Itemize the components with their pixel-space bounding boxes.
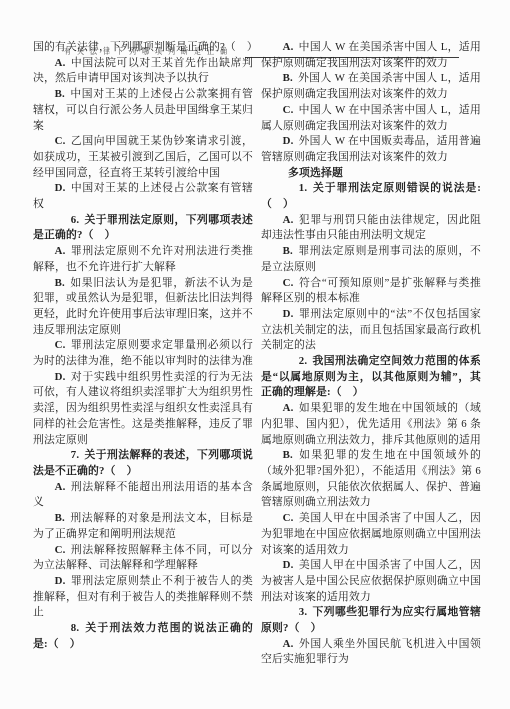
- question-text: 关于刑法解释的表述，下列哪项说法是不正确的?（ ）: [33, 449, 253, 477]
- question-text: 关于罪刑法定原则错误的说法是:（ ）: [261, 182, 481, 210]
- option-text: 中国法院可以对王某首先作出缺席判决，然后申请甲国对该判决予以执行: [33, 57, 253, 85]
- option-text: 中国人 W 在中国杀害中国人 L，适用属人原则确定我国刑法对该案件的效力: [261, 104, 481, 132]
- option-label: D.: [55, 182, 66, 194]
- option-text: 外国人 W 在美国杀害中国人 L，适用保护原则确定我国刑法对该案件的效力: [261, 72, 481, 100]
- option-text: 罪刑法定原则要求定罪量刑必须以行为时的法律为准，绝不能以审判时的法律为准: [33, 339, 253, 367]
- option-label: A.: [55, 245, 66, 257]
- right-column: A.中国人 W 在美国杀害中国人 L，适用保护原则确定我国刑法对该案件的效力 B…: [261, 40, 481, 668]
- option-text: 中国人 W 在美国杀害中国人 L，适用保护原则确定我国刑法对该案件的效力: [261, 41, 481, 69]
- option-text: 刑法解释不能超出刑法用语的基本含义: [33, 481, 253, 509]
- option: B.如果旧法认为是犯罪，新法不认为是犯罪，或虽然认为是犯罪，但新法比旧法判得更轻…: [33, 276, 253, 339]
- question-stem: 7.关于刑法解释的表述，下列哪项说法是不正确的?（ ）: [33, 448, 253, 479]
- option-text: 对于实践中组织男性卖淫的行为无法可依，有人建议将组织卖淫罪扩大为组织男性卖淫，因…: [33, 371, 253, 446]
- option: B.罪刑法定原则是刑事司法的原则，不是立法原则: [261, 244, 481, 275]
- section-heading-multiple-choice: 多项选择题: [261, 166, 481, 182]
- option-text: 如果犯罪的发生地在中国领域外的（域外犯罪?国外犯），不能适用《刑法》第 6 条属…: [261, 449, 481, 508]
- option-label: C.: [283, 104, 294, 116]
- option: A.如果犯罪的发生地在中国领域的（域内犯罪、国内犯），优先适用《刑法》第 6 条…: [261, 401, 481, 448]
- option-label: B.: [283, 72, 293, 84]
- question-stem: 1.关于罪刑法定原则错误的说法是:（ ）: [261, 181, 481, 212]
- option-text: 符合“可预知原则”是扩张解释与类推解释区别的根本标准: [261, 277, 481, 305]
- option-label: C.: [55, 339, 66, 351]
- option-label: B.: [55, 277, 65, 289]
- question-stem: 2.我国刑法确定空间效力范围的体系是“以属地原则为主，以其他原则为辅”，其正确的…: [261, 354, 481, 401]
- option-text: 中国对王某的上述侵占公款案拥有管辖权，可以自行派公务人员赴甲国缉拿王某归案: [33, 88, 253, 131]
- question-stem: 6.关于罪刑法定原则，下列哪项表述是正确的?（ ）: [33, 213, 253, 244]
- option-label: C.: [55, 544, 66, 556]
- option-text: 罪刑法定原则中的“法”不仅包括国家立法机关制定的法，而且包括国家最高行政机关制定…: [261, 308, 481, 351]
- option-label: A.: [283, 214, 294, 226]
- option: A.犯罪与刑罚只能由法律规定，因此阻却违法性事由只能由刑法明文规定: [261, 213, 481, 244]
- option: A.刑法解释不能超出刑法用语的基本含义: [33, 480, 253, 511]
- option-text: 犯罪与刑罚只能由法律规定，因此阻却违法性事由只能由刑法明文规定: [261, 214, 481, 242]
- option-label: A.: [55, 481, 66, 493]
- question-text: 我国刑法确定空间效力范围的体系是“以属地原则为主，以其他原则为辅”，其正确的理解…: [261, 355, 481, 398]
- question-stem: 8.关于刑法效力范围的说法正确的是:（ ）: [33, 621, 253, 652]
- option: C.乙国向甲国就王某伪钞案请求引渡，如获成功，王某被引渡到乙国后，乙国可以不经甲…: [33, 134, 253, 181]
- option: C.中国人 W 在中国杀害中国人 L，适用属人原则确定我国刑法对该案件的效力: [261, 103, 481, 134]
- option-text: 中国对王某的上述侵占公款案有管辖权: [33, 182, 253, 210]
- option-label: A.: [283, 402, 294, 414]
- option: C.美国人甲在中国杀害了中国人乙，因为犯罪地在中国应依据属地原则确立中国刑法对该…: [261, 511, 481, 558]
- option-label: B.: [283, 449, 293, 461]
- question-stem: 3.下列哪些犯罪行为应实行属地管辖原则?（ ）: [261, 605, 481, 636]
- option-label: C.: [283, 277, 294, 289]
- paragraph-text: 国的有关法律，下列哪项判断是正确的?（ ）: [33, 41, 258, 53]
- document-page: 有关法律下列哪项判断是正确 国的有关法律，下列哪项判断是正确的?（ ） A.中国…: [0, 0, 510, 709]
- option-label: D.: [55, 575, 66, 587]
- option-label: B.: [55, 512, 65, 524]
- continuation-paragraph: 国的有关法律，下列哪项判断是正确的?（ ）: [33, 40, 253, 56]
- question-text: 关于刑法效力范围的说法正确的是:（ ）: [33, 622, 253, 650]
- option: B.如果犯罪的发生地在中国领域外的（域外犯罪?国外犯），不能适用《刑法》第 6 …: [261, 448, 481, 511]
- option-text: 罪刑法定原则是刑事司法的原则，不是立法原则: [261, 245, 481, 273]
- question-text: 关于罪刑法定原则，下列哪项表述是正确的?（ ）: [33, 214, 253, 242]
- option-text: 如果犯罪的发生地在中国领域的（域内犯罪、国内犯），优先适用《刑法》第 6 条属地…: [261, 402, 481, 445]
- option-label: D.: [283, 135, 294, 147]
- option-text: 美国人甲在中国杀害了中国人乙，因为犯罪地在中国应依据属地原则确立中国刑法对该案的…: [261, 512, 481, 555]
- option: D.外国人 W 在中国贩卖毒品，适用普遍管辖原则确定我国刑法对该案件的效力: [261, 134, 481, 165]
- question-text: 下列哪些犯罪行为应实行属地管辖原则?（ ）: [261, 606, 481, 634]
- option: A.中国人 W 在美国杀害中国人 L，适用保护原则确定我国刑法对该案件的效力: [261, 40, 481, 71]
- option-text: 刑法解释按照解释主体不同，可以分为立法解释、司法解释和学理解释: [33, 544, 253, 572]
- option: B.中国对王某的上述侵占公款案拥有管辖权，可以自行派公务人员赴甲国缉拿王某归案: [33, 87, 253, 134]
- option-label: B.: [283, 245, 293, 257]
- left-column: 国的有关法律，下列哪项判断是正确的?（ ） A.中国法院可以对王某首先作出缺席判…: [33, 40, 253, 652]
- option-text: 外国人乘坐外国民航飞机进入中国领空后实施犯罪行为: [261, 638, 481, 666]
- option-label: C.: [283, 512, 294, 524]
- option-label: B.: [55, 88, 65, 100]
- option: B.外国人 W 在美国杀害中国人 L，适用保护原则确定我国刑法对该案件的效力: [261, 71, 481, 102]
- option: D.对于实践中组织男性卖淫的行为无法可依，有人建议将组织卖淫罪扩大为组织男性卖淫…: [33, 370, 253, 449]
- option-text: 外国人 W 在中国贩卖毒品，适用普遍管辖原则确定我国刑法对该案件的效力: [261, 135, 481, 163]
- option-text: 如果旧法认为是犯罪，新法不认为是犯罪，或虽然认为是犯罪，但新法比旧法判得更轻，此…: [33, 277, 253, 336]
- option-text: 美国人甲在中国杀害了中国人乙，因为被害人是中国公民应依据保护原则确立中国刑法对该…: [261, 559, 481, 602]
- question-number: 7.: [71, 449, 80, 461]
- option-text: 罪刑法定原则禁止不利于被告人的类推解释，但对有利于被告人的类推解释则不禁止: [33, 575, 253, 618]
- option: D.美国人甲在中国杀害了中国人乙，因为被害人是中国公民应依据保护原则确立中国刑法…: [261, 558, 481, 605]
- option: C.刑法解释按照解释主体不同，可以分为立法解释、司法解释和学理解释: [33, 543, 253, 574]
- option: B.刑法解释的对象是刑法文本，目标是为了正确界定和阐明刑法规范: [33, 511, 253, 542]
- option-label: A.: [55, 57, 66, 69]
- option-label: A.: [283, 41, 294, 53]
- option: C.罪刑法定原则要求定罪量刑必须以行为时的法律为准，绝不能以审判时的法律为准: [33, 338, 253, 369]
- question-number: 3.: [299, 606, 308, 618]
- option: D.罪刑法定原则禁止不利于被告人的类推解释，但对有利于被告人的类推解释则不禁止: [33, 574, 253, 621]
- option-label: D.: [55, 371, 66, 383]
- question-number: 2.: [299, 355, 308, 367]
- option-text: 刑法解释的对象是刑法文本，目标是为了正确界定和阐明刑法规范: [33, 512, 253, 540]
- question-number: 6.: [71, 214, 80, 226]
- option-label: D.: [283, 308, 294, 320]
- question-number: 1.: [299, 182, 308, 194]
- option: D.中国对王某的上述侵占公款案有管辖权: [33, 181, 253, 212]
- option-label: C.: [55, 135, 66, 147]
- option: A.外国人乘坐外国民航飞机进入中国领空后实施犯罪行为: [261, 637, 481, 668]
- option: C.符合“可预知原则”是扩张解释与类推解释区别的根本标准: [261, 276, 481, 307]
- question-number: 8.: [71, 622, 80, 634]
- option-text: 乙国向甲国就王某伪钞案请求引渡，如获成功，王某被引渡到乙国后，乙国可以不经甲国同…: [33, 135, 253, 178]
- option-label: A.: [283, 638, 294, 650]
- option-label: D.: [283, 559, 294, 571]
- option-text: 罪刑法定原则不允许对刑法进行类推解释，也不允许进行扩大解释: [33, 245, 253, 273]
- option: A.罪刑法定原则不允许对刑法进行类推解释，也不允许进行扩大解释: [33, 244, 253, 275]
- option: D.罪刑法定原则中的“法”不仅包括国家立法机关制定的法，而且包括国家最高行政机关…: [261, 307, 481, 354]
- option: A.中国法院可以对王某首先作出缺席判决，然后申请甲国对该判决予以执行: [33, 56, 253, 87]
